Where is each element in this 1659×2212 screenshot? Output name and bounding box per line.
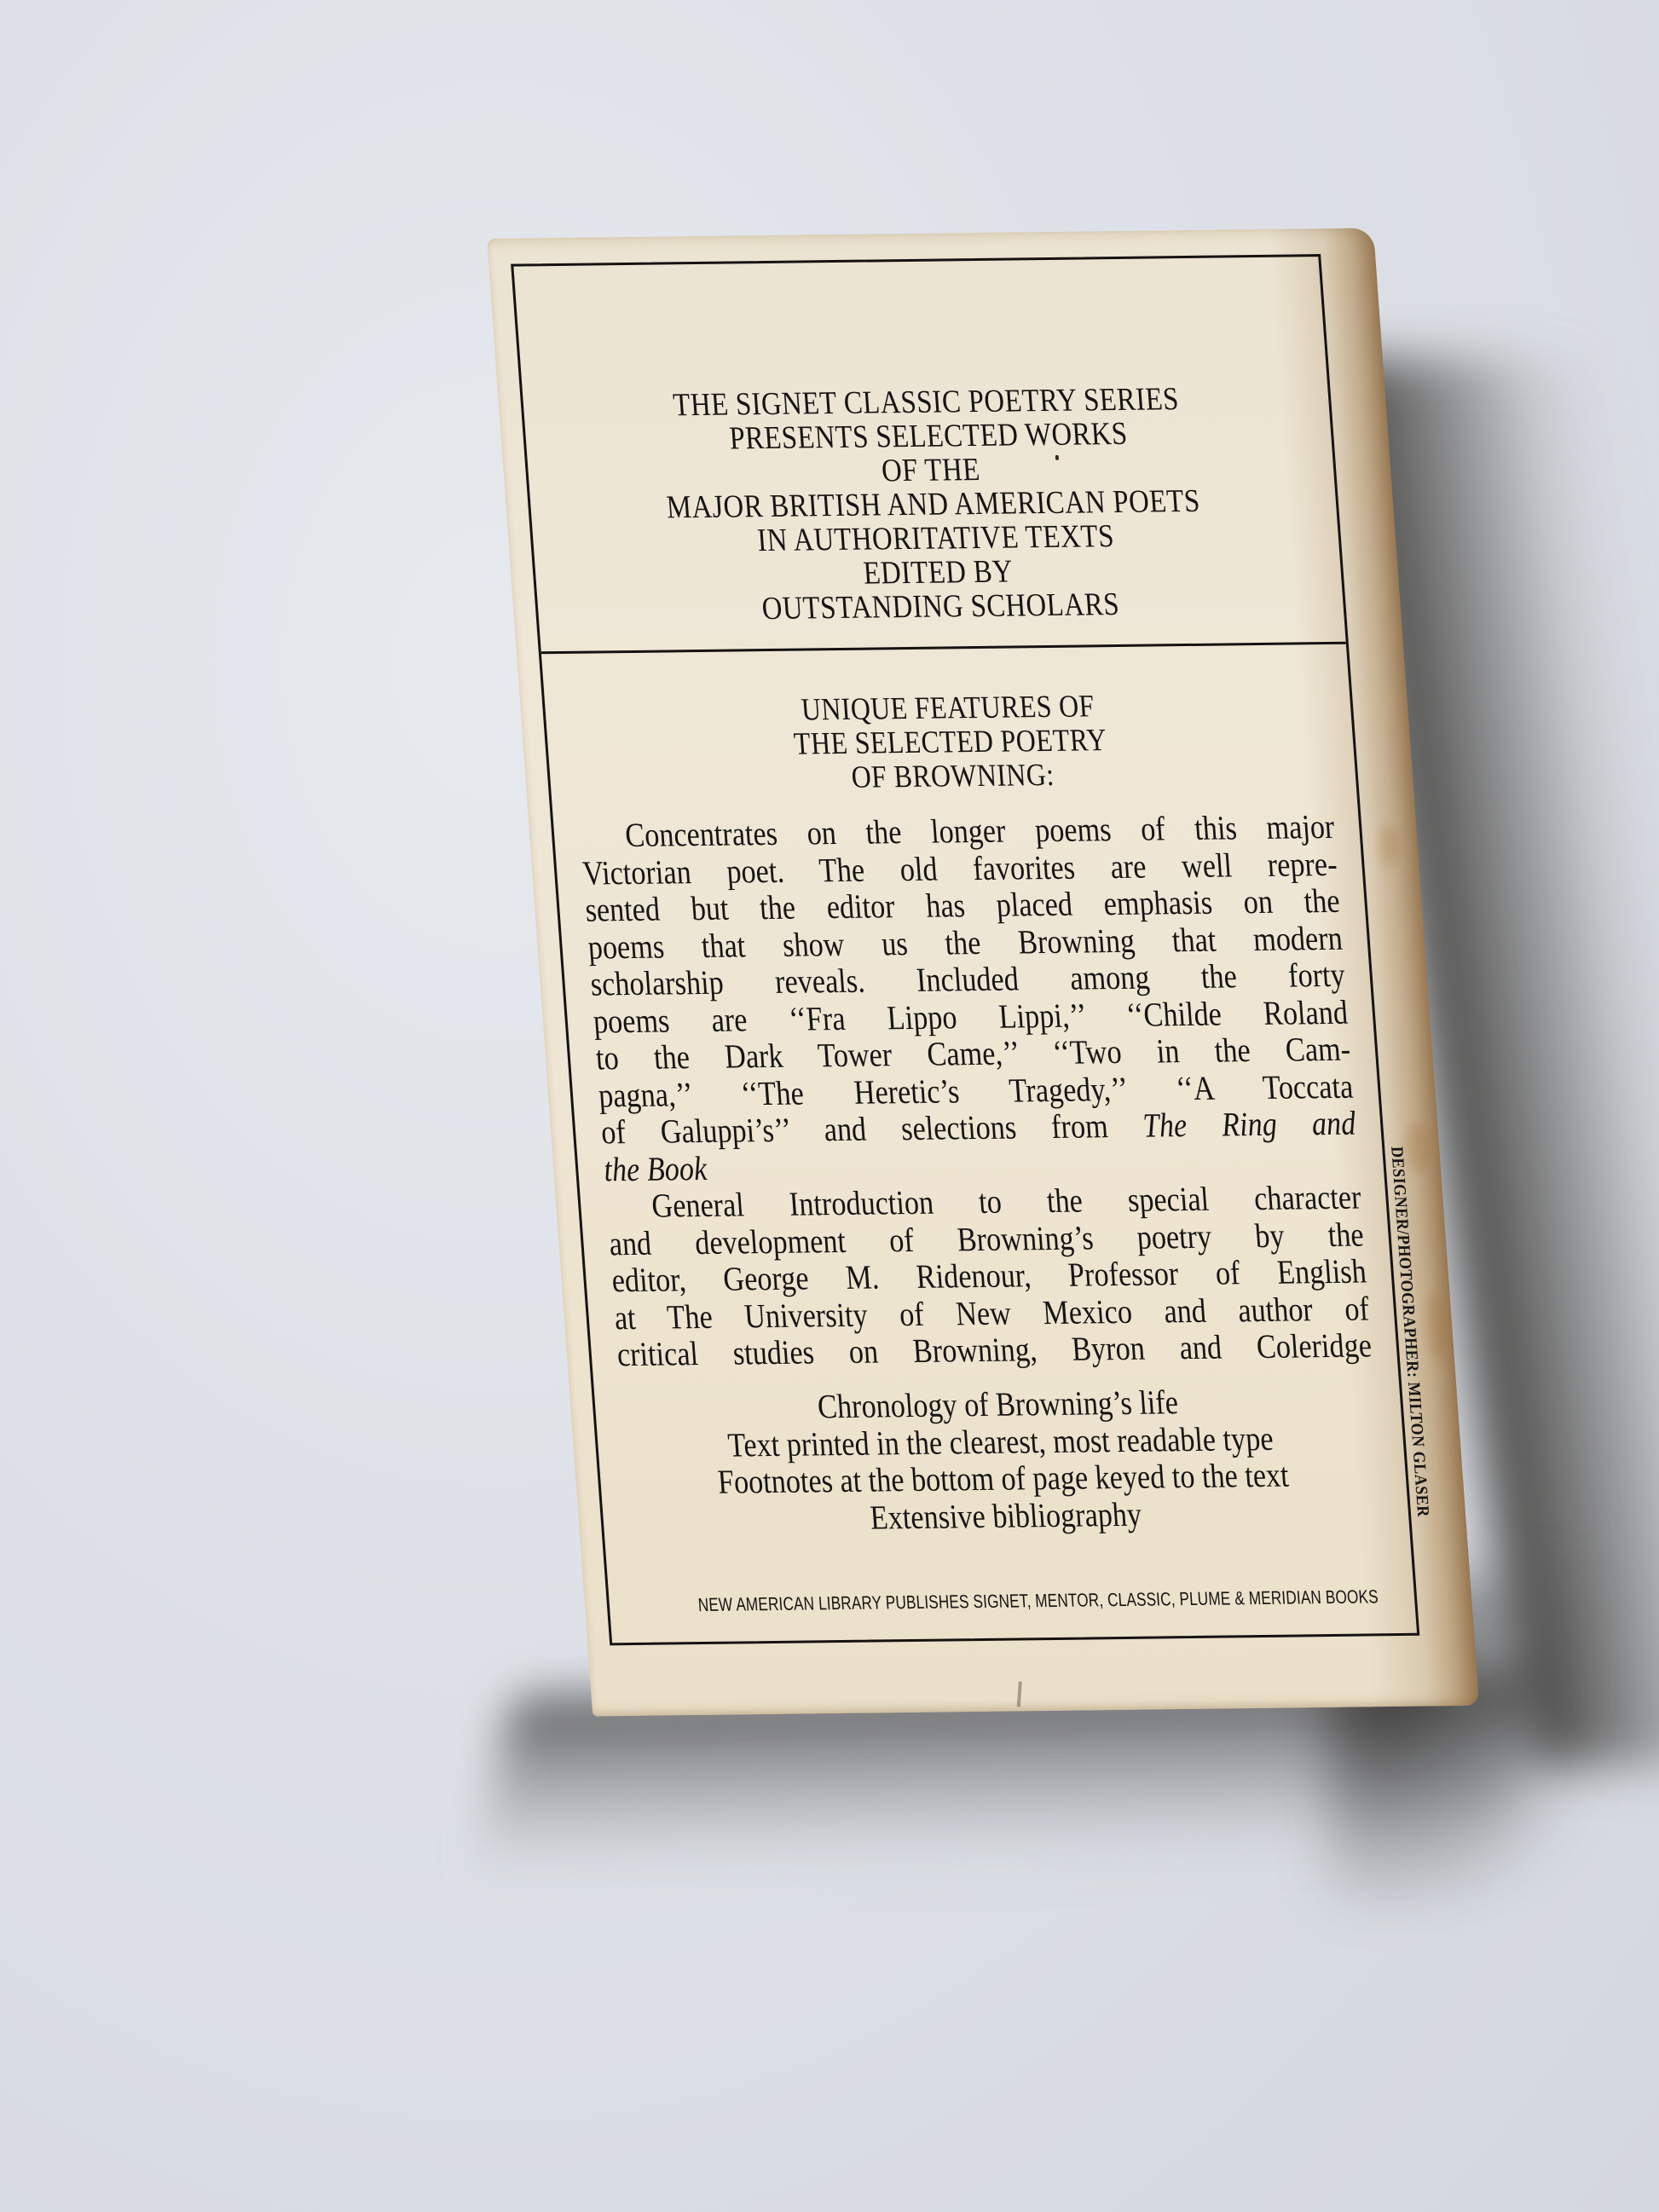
book-back-cover: THE SIGNET CLASSIC POETRY SERIES PRESENT… <box>487 228 1479 1716</box>
cover-border-frame: THE SIGNET CLASSIC POETRY SERIES PRESENT… <box>511 254 1419 1645</box>
section-divider <box>541 642 1346 655</box>
introduction-line: critical studies on Browning, Byron and … <box>616 1326 1373 1372</box>
features-heading: UNIQUE FEATURES OF THE SELECTED POETRY O… <box>545 687 1357 799</box>
publisher-line: NEW AMERICAN LIBRARY PUBLISHES SIGNET, M… <box>697 1586 1327 1616</box>
feature-item: Extensive bibliography <box>661 1493 1351 1538</box>
table-surface: THE SIGNET CLASSIC POETRY SERIES PRESENT… <box>0 0 1659 2212</box>
series-statement: THE SIGNET CLASSIC POETRY SERIES PRESENT… <box>523 380 1344 628</box>
description-line-text: of Galuppi’s’’ and selections from <box>600 1106 1110 1151</box>
series-line: OUTSTANDING SCHOLARS <box>593 586 1288 628</box>
book-title-italic: The Ring and <box>1142 1104 1357 1145</box>
feature-list: Chronology of Browning’s life Text print… <box>594 1381 1409 1539</box>
features-heading-line: OF BROWNING: <box>605 755 1300 798</box>
cover-crease <box>1017 1681 1022 1707</box>
description-paragraph: Concentrates on the longer poems of this… <box>579 808 1373 1373</box>
book-title-italic: the Book <box>603 1148 708 1187</box>
